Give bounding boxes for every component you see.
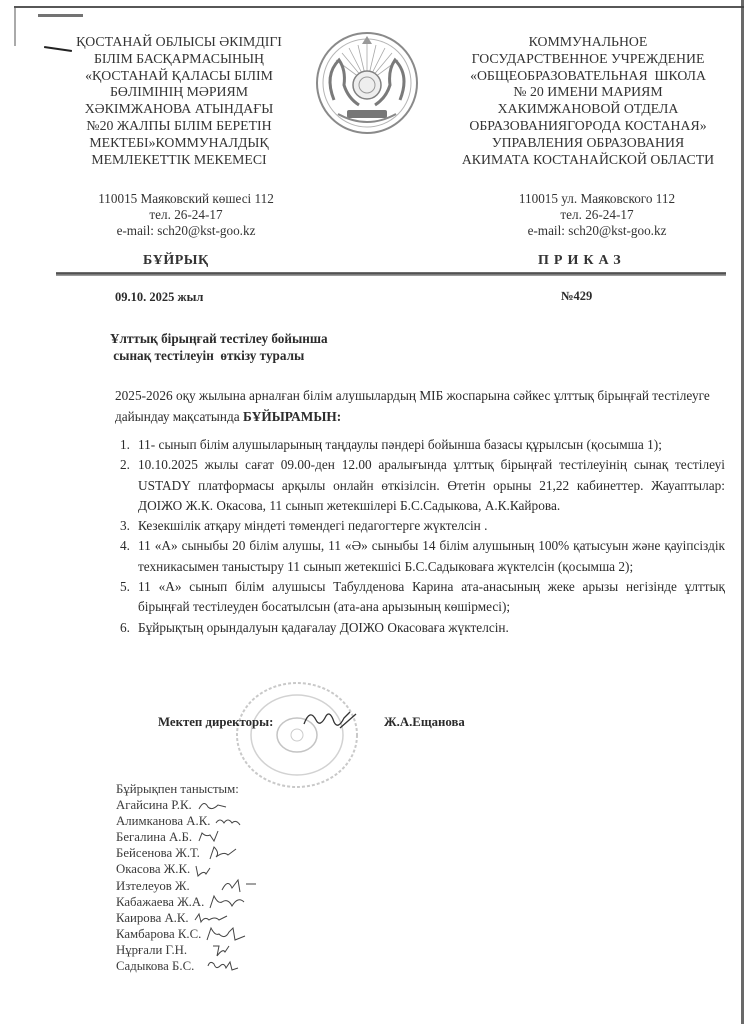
- header-line: БІЛІМ БАСҚАРМАСЫНЫҢ: [48, 51, 310, 68]
- header-divider: [56, 272, 726, 276]
- order-item: 4.11 «А» сыныбы 20 білім алушы, 11 «Ә» с…: [115, 536, 725, 577]
- acknowledgement-row: Изтелеуов Ж.: [116, 878, 264, 894]
- signature-icon: [220, 878, 264, 894]
- order-subject: Ұлттық бірыңғай тестілеу бойынша сынақ т…: [110, 330, 328, 364]
- order-item: 6.Бұйрықтың орындалуын қадағалау ДОІЖО О…: [115, 618, 725, 638]
- header-line: ХАКИМЖАНОВОЙ ОТДЕЛА: [440, 101, 736, 118]
- acknowledgement-title: Бұйрықпен таныстым:: [116, 781, 264, 797]
- preamble: 2025-2026 оқу жылына арналған білім алуш…: [115, 386, 725, 427]
- preamble-emphasis: БҰЙЫРАМЫН:: [243, 409, 341, 424]
- acknowledgement-row: Окасова Ж.К.: [116, 861, 264, 877]
- address-phone: тел. 26-24-17: [58, 207, 314, 223]
- header-line: МЕМЛЕКЕТТІК МЕКЕМЕСІ: [48, 152, 310, 169]
- scan-edge: [14, 6, 16, 46]
- header-russian: КОММУНАЛЬНОЕ ГОСУДАРСТВЕННОЕ УЧРЕЖДЕНИЕ …: [440, 34, 736, 168]
- signature-icon: [204, 845, 248, 861]
- header-line: №20 ЖАЛПЫ БІЛІМ БЕРЕТІН: [48, 118, 310, 135]
- acknowledgement-row: Кабажаева Ж.А.: [116, 894, 264, 910]
- acknowledgement-row: Нұрғали Г.Н.: [116, 942, 264, 958]
- header-line: ГОСУДАРСТВЕННОЕ УЧРЕЖДЕНИЕ: [440, 51, 736, 68]
- order-items: 1.11- сынып білім алушыларының таңдаулы …: [115, 435, 725, 638]
- header-line: ҚОСТАНАЙ ОБЛЫСЫ ӘКІМДІГІ: [48, 34, 310, 51]
- order-date: 09.10. 2025 жыл: [115, 290, 203, 305]
- header-line: УПРАВЛЕНИЯ ОБРАЗОВАНИЯ: [440, 135, 736, 152]
- signature-icon: [193, 910, 237, 926]
- director-label: Мектеп директоры:: [158, 715, 273, 730]
- address-kazakh: 110015 Маяковский көшесі 112 тел. 26-24-…: [58, 191, 314, 238]
- header-line: БӨЛІМІНІҢ МӘРИЯМ: [48, 84, 310, 101]
- header-line: ОБРАЗОВАНИЯГОРОДА КОСТАНАЯ»: [440, 118, 736, 135]
- signature-icon: [214, 813, 258, 829]
- order-item: 1.11- сынып білім алушыларының таңдаулы …: [115, 435, 725, 455]
- signature-icon: [205, 926, 249, 942]
- acknowledgement-row: Алимканова А.К.: [116, 813, 264, 829]
- order-item: 3.Кезекшілік атқару міндеті төмендегі пе…: [115, 516, 725, 536]
- scan-edge: [14, 6, 744, 8]
- subject-line: Ұлттық бірыңғай тестілеу бойынша: [110, 330, 328, 347]
- doc-type-russian: ПРИКАЗ: [538, 253, 626, 269]
- order-item: 2.10.10.2025 жылы сағат 09.00-ден 12.00 …: [115, 455, 725, 516]
- header-line: ХӘКІМЖАНОВА АТЫНДАҒЫ: [48, 101, 310, 118]
- header-line: КОММУНАЛЬНОЕ: [440, 34, 736, 51]
- subject-line: сынақ тестілеуін өткізу туралы: [110, 347, 328, 364]
- acknowledgement-row: Каирова А.К.: [116, 910, 264, 926]
- signature-icon: [208, 894, 252, 910]
- address-street: 110015 Маяковский көшесі 112: [58, 191, 314, 207]
- kazakhstan-state-emblem-icon: [314, 30, 420, 136]
- signature-icon: [206, 958, 250, 974]
- acknowledgement-row: Садыкова Б.С.: [116, 958, 264, 974]
- address-email: e-mail: sch20@kst-goo.kz: [470, 223, 724, 239]
- header-line: «ОБЩЕОБРАЗОВАТЕЛЬНАЯ ШКОЛА: [440, 68, 736, 85]
- header-line: МЕКТЕБІ»КОММУНАЛДЫҚ: [48, 135, 310, 152]
- header-kazakh: ҚОСТАНАЙ ОБЛЫСЫ ӘКІМДІГІ БІЛІМ БАСҚАРМАС…: [48, 34, 310, 168]
- round-seal-stamp-icon: [232, 680, 362, 790]
- acknowledgement-row: Камбарова К.С.: [116, 926, 264, 942]
- address-street: 110015 ул. Маяковского 112: [470, 191, 724, 207]
- director-name: Ж.А.Ещанова: [384, 715, 465, 730]
- address-email: e-mail: sch20@kst-goo.kz: [58, 223, 314, 239]
- signature-icon: [211, 942, 255, 958]
- address-phone: тел. 26-24-17: [470, 207, 724, 223]
- scan-mark: [38, 14, 83, 17]
- signature-icon: [196, 797, 240, 813]
- acknowledgement-list: Бұйрықпен таныстым: Агайсина Р.К. Алимка…: [116, 781, 264, 974]
- acknowledgement-row: Бегалина А.Б.: [116, 829, 264, 845]
- doc-type-kazakh: БҰЙРЫҚ: [143, 253, 209, 269]
- handwritten-signature-icon: [300, 704, 360, 734]
- address-russian: 110015 ул. Маяковского 112 тел. 26-24-17…: [470, 191, 724, 238]
- header-line: АКИМАТА КОСТАНАЙСКОЙ ОБЛАСТИ: [440, 152, 736, 169]
- acknowledgement-row: Бейсенова Ж.Т.: [116, 845, 264, 861]
- signature-icon: [196, 829, 240, 845]
- header-line: «ҚОСТАНАЙ ҚАЛАСЫ БІЛІМ: [48, 68, 310, 85]
- signature-icon: [194, 862, 238, 878]
- preamble-text: 2025-2026 оқу жылына арналған білім алуш…: [115, 388, 710, 424]
- header-line: № 20 ИМЕНИ МАРИЯМ: [440, 84, 736, 101]
- acknowledgement-row: Агайсина Р.К.: [116, 797, 264, 813]
- order-number: №429: [561, 289, 592, 304]
- order-item: 5.11 «А» сынып білім алушысы Табулденова…: [115, 577, 725, 618]
